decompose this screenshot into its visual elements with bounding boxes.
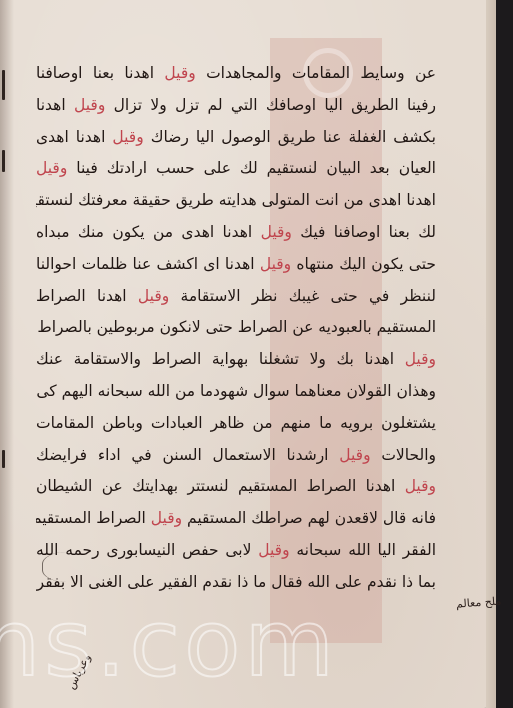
text-line: اهدنا اهدى من انت المتولى هدايته طريق حق… xyxy=(36,185,436,217)
text-line: عن وسايط المقامات والمجاهدات وقيل اهدنا … xyxy=(36,58,436,90)
text-line: حتى يكون اليك منتهاه وقيل اهدنا اى اكشف … xyxy=(36,249,436,281)
rubric-word: وقيل xyxy=(151,509,182,527)
binding-thread xyxy=(2,70,5,100)
rubric-word: وقيل xyxy=(339,446,370,464)
margin-bracket xyxy=(42,552,103,582)
rubric-word: وقيل xyxy=(138,287,169,305)
manuscript-text: عن وسايط المقامات والمجاهدات وقيل اهدنا … xyxy=(36,58,436,599)
text-line: وقيل اهدنا الصراط المستقيم لنستتر بهدايت… xyxy=(36,471,436,503)
binding-thread xyxy=(2,150,5,172)
rubric-word: وقيل xyxy=(74,96,105,114)
text-line: وهذان القولان معناهما سوال شهودما من الل… xyxy=(36,376,436,408)
text-line: لك بعنا اوصافنا فيك وقيل اهدنا اهدى من ي… xyxy=(36,217,436,249)
text-line: رفينا الطريق اليا اوصافك التي لم تزل ولا… xyxy=(36,90,436,122)
rubric-word: وقيل xyxy=(258,541,289,559)
text-line: العيان بعد البيان لنستقيم لك على حسب ارا… xyxy=(36,153,436,185)
rubric-word: وقيل xyxy=(260,255,291,273)
rubric-word: وقيل xyxy=(405,477,436,495)
binding-thread xyxy=(2,450,5,468)
rubric-word: وقيل xyxy=(36,159,67,177)
text-line: بكشف الغفلة عنا طريق الوصول اليا رضاك وق… xyxy=(36,122,436,154)
text-line: يشتغلون برويه ما منهم من ظاهر العبادات و… xyxy=(36,408,436,440)
text-line: المستقيم بالعبوديه عن الصراط حتى لانكون … xyxy=(36,312,436,344)
rubric-word: وقيل xyxy=(112,128,143,146)
text-line: لننظر في حتى غيبك نظر الاستقامة وقيل اهد… xyxy=(36,281,436,313)
rubric-word: وقيل xyxy=(405,350,436,368)
text-line: فانه قال لاقعدن لهم صراطك المستقيم وقيل … xyxy=(36,503,436,535)
text-line: وقيل اهدنا بك ولا تشغلنا بهواية الصراط و… xyxy=(36,344,436,376)
watermark-text: ns.com xyxy=(0,598,338,690)
rubric-word: وقيل xyxy=(164,64,195,82)
rubric-word: وقيل xyxy=(261,223,292,241)
text-line: والحالات وقيل ارشدنا الاستعمال السنن في … xyxy=(36,440,436,472)
